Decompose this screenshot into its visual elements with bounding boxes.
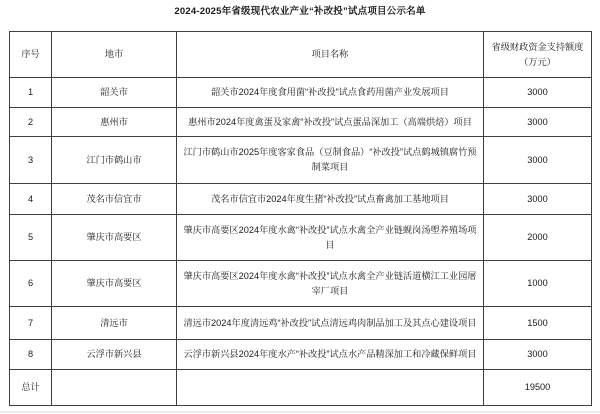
cell-amount: 2000 — [484, 215, 592, 261]
table-row: 3 江门市鹤山市 江门市鹤山市2025年度客家食品（豆制食品）“补改投”试点鹤城… — [10, 137, 592, 184]
cell-amount: 1000 — [484, 261, 592, 307]
page-title: 2024-2025年省级现代农业产业“补改投”试点项目公示名单 — [0, 5, 600, 19]
cell-city: 清远市 — [52, 307, 177, 340]
cell-project: 云浮市新兴县2024年度水产“补改投”试点水产品精深加工和冷藏保鲜项目 — [177, 340, 484, 370]
cell-amount: 1500 — [484, 307, 592, 340]
column-header-amount-line2: （万元） — [488, 55, 587, 70]
total-city-empty — [52, 370, 177, 406]
cell-project: 惠州市2024年度禽蛋及家禽“补改投”试点蛋品深加工（高端烘焙）项目 — [177, 108, 484, 137]
total-label: 总计 — [10, 370, 52, 406]
cell-amount: 3000 — [484, 78, 592, 108]
table-row: 1 韶关市 韶关市2024年度食用菌“补改投”试点食药用菌产业发展项目 3000 — [10, 78, 592, 108]
column-header-project: 项目名称 — [177, 32, 484, 78]
cell-city: 肇庆市高要区 — [52, 261, 177, 307]
table-row: 4 茂名市信宜市 茂名市信宜市2024年度生猪“补改投”试点畜禽加工基地项目 3… — [10, 184, 592, 215]
cell-project: 肇庆市高要区2024年度水禽“补改投”试点水禽全产业链活道横江工业园屠宰厂项目 — [177, 261, 484, 307]
cell-city: 江门市鹤山市 — [52, 137, 177, 184]
cell-project: 江门市鹤山市2025年度客家食品（豆制食品）“补改投”试点鹤城镇腐竹预制菜项目 — [177, 137, 484, 184]
cell-city: 云浮市新兴县 — [52, 340, 177, 370]
cell-amount: 3000 — [484, 184, 592, 215]
cell-city: 肇庆市高要区 — [52, 215, 177, 261]
table-row: 6 肇庆市高要区 肇庆市高要区2024年度水禽“补改投”试点水禽全产业链活道横江… — [10, 261, 592, 307]
cell-amount: 3000 — [484, 108, 592, 137]
table-row: 5 肇庆市高要区 肇庆市高要区2024年度水禽“补改投”试点水禽全产业链蚬岗汤塱… — [10, 215, 592, 261]
cell-no: 4 — [10, 184, 52, 215]
column-header-no: 序号 — [10, 32, 52, 78]
cell-no: 5 — [10, 215, 52, 261]
table-row: 8 云浮市新兴县 云浮市新兴县2024年度水产“补改投”试点水产品精深加工和冷藏… — [10, 340, 592, 370]
column-header-city: 地市 — [52, 32, 177, 78]
page-bottom-edge — [0, 411, 600, 413]
cell-no: 7 — [10, 307, 52, 340]
cell-no: 8 — [10, 340, 52, 370]
cell-city: 茂名市信宜市 — [52, 184, 177, 215]
total-amount: 19500 — [484, 370, 592, 406]
cell-no: 2 — [10, 108, 52, 137]
cell-project: 清远市2024年度清远鸡“补改投”试点清远鸡肉制品加工及其点心建设项目 — [177, 307, 484, 340]
total-project-empty — [177, 370, 484, 406]
cell-no: 1 — [10, 78, 52, 108]
cell-no: 6 — [10, 261, 52, 307]
notice-table: 序号 地市 项目名称 省级财政资金支持额度 （万元） 1 韶关市 韶关市2024… — [9, 31, 592, 406]
column-header-amount: 省级财政资金支持额度 （万元） — [484, 32, 592, 78]
header-row: 序号 地市 项目名称 省级财政资金支持额度 （万元） — [10, 32, 592, 78]
cell-amount: 3000 — [484, 340, 592, 370]
cell-no: 3 — [10, 137, 52, 184]
column-header-amount-line1: 省级财政资金支持额度 — [488, 40, 587, 55]
cell-project: 茂名市信宜市2024年度生猪“补改投”试点畜禽加工基地项目 — [177, 184, 484, 215]
cell-city: 韶关市 — [52, 78, 177, 108]
cell-amount: 3000 — [484, 137, 592, 184]
cell-project: 韶关市2024年度食用菌“补改投”试点食药用菌产业发展项目 — [177, 78, 484, 108]
cell-project: 肇庆市高要区2024年度水禽“补改投”试点水禽全产业链蚬岗汤塱养殖场项目 — [177, 215, 484, 261]
table-row: 7 清远市 清远市2024年度清远鸡“补改投”试点清远鸡肉制品加工及其点心建设项… — [10, 307, 592, 340]
table-row: 2 惠州市 惠州市2024年度禽蛋及家禽“补改投”试点蛋品深加工（高端烘焙）项目… — [10, 108, 592, 137]
cell-city: 惠州市 — [52, 108, 177, 137]
total-row: 总计 19500 — [10, 370, 592, 406]
document-page: 2024-2025年省级现代农业产业“补改投”试点项目公示名单 序号 地市 项目… — [0, 0, 600, 414]
